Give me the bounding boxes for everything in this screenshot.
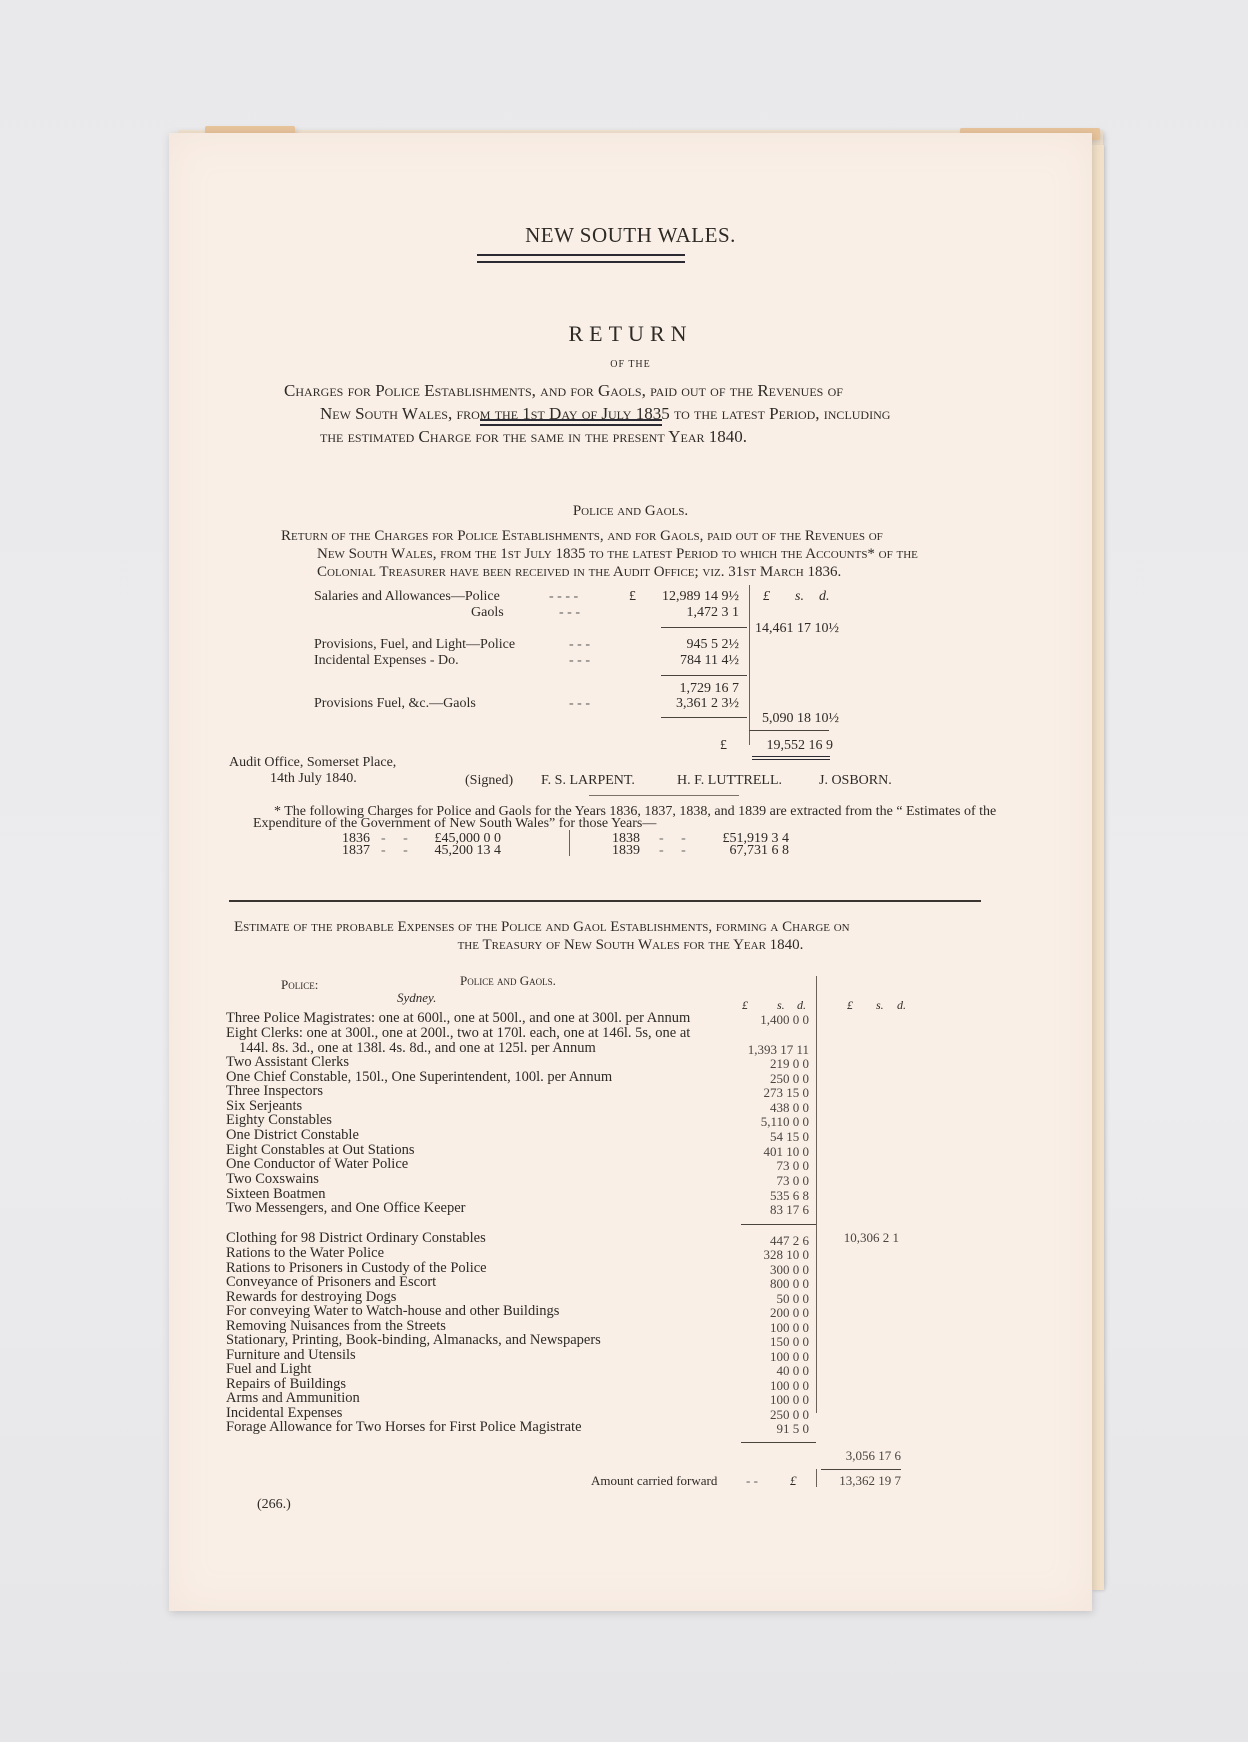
estimate-amount: 273 15 0 xyxy=(709,1085,809,1101)
sum-rule xyxy=(661,675,747,676)
audit-location: Audit Office, Somerset Place, xyxy=(229,755,396,771)
group2-total: 3,056 17 6 xyxy=(819,1448,901,1464)
leader-dots: - - xyxy=(659,843,686,859)
estimate-amount: 328 10 0 xyxy=(709,1247,809,1263)
estimate-item: Conveyance of Prisoners and Escort xyxy=(226,1275,436,1290)
return-grand-total: 19,552 16 9 xyxy=(739,738,833,754)
estimate-item: Rations to the Water Police xyxy=(226,1246,384,1261)
estimate-item: Two Coxswains xyxy=(226,1172,319,1187)
signatory: J. OSBORN. xyxy=(819,773,892,789)
police-and-gaols-label: Police and Gaols. xyxy=(460,973,556,989)
estimate-item: One District Constable xyxy=(226,1128,359,1143)
return-row-label: Provisions, Fuel, and Light—Police xyxy=(314,637,515,653)
return-running-total: 1,729 16 7 xyxy=(639,681,739,697)
estimate-amount: 73 0 0 xyxy=(709,1173,809,1189)
column-divider xyxy=(816,1469,817,1487)
estimate-heading: Estimate of the probable Expenses of the… xyxy=(234,919,994,936)
sum-rule xyxy=(661,717,747,718)
col-header-pound: £ xyxy=(742,998,748,1013)
page-number: (266.) xyxy=(257,1497,291,1513)
estimate-amount: 1,400 0 0 xyxy=(709,1012,809,1028)
estimate-item: For conveying Water to Watch-house and o… xyxy=(226,1304,559,1319)
estimate-item: Two Messengers, and One Office Keeper xyxy=(226,1201,466,1216)
return-row-amount: 3,361 2 3½ xyxy=(639,696,739,712)
audit-date: 14th July 1840. xyxy=(270,771,357,787)
currency-symbol: £ xyxy=(629,589,636,605)
estimate-amount: 91 5 0 xyxy=(709,1421,809,1437)
group1-total: 10,306 2 1 xyxy=(819,1230,899,1246)
return-row-amount: 12,989 14 9½ xyxy=(639,589,739,605)
leader-dots: - - - - xyxy=(549,589,578,605)
column-divider xyxy=(816,976,817,1413)
sum-rule xyxy=(661,627,747,628)
return-row-label: Gaols xyxy=(471,605,504,621)
estimate-amount: 54 15 0 xyxy=(709,1129,809,1145)
col-header-shilling: s. xyxy=(876,998,884,1013)
signatory: H. F. LUTTRELL. xyxy=(677,773,782,789)
col-header-shilling: s. xyxy=(795,589,804,605)
paragraph-line: New South Wales, from the 1st July 1835 … xyxy=(281,545,1026,563)
paragraph-line: Return of the Charges for Police Establi… xyxy=(281,527,1026,545)
return-row-amount: 945 5 2½ xyxy=(639,637,739,653)
estimate-amount: 73 0 0 xyxy=(709,1158,809,1174)
leader-dots: - - - xyxy=(559,605,580,621)
estimate-item: Eighty Constables xyxy=(226,1113,332,1128)
return-row-amount: 1,472 3 1 xyxy=(639,605,739,621)
intro-line: Charges for Police Establishments, and f… xyxy=(284,379,1024,402)
return-row-amount: 784 11 4½ xyxy=(639,653,739,669)
currency-symbol: £ xyxy=(790,1473,797,1489)
column-divider xyxy=(569,830,570,856)
estimate-item: Three Police Magistrates: one at 600l., … xyxy=(226,1011,690,1026)
location-label: Sydney. xyxy=(397,990,436,1006)
col-header-pence: d. xyxy=(897,998,906,1013)
estimate-item: Forage Allowance for Two Horses for Firs… xyxy=(226,1420,582,1435)
return-row-label: Salaries and Allowances—Police xyxy=(314,589,500,605)
return-heading: RETURN xyxy=(169,321,1092,347)
section-divider xyxy=(229,900,981,902)
underlying-page-edge xyxy=(1092,145,1104,1590)
estimate-heading: the Treasury of New South Wales for the … xyxy=(169,937,1092,954)
footnote-year: 1839 xyxy=(612,843,640,859)
estimate-item: Stationary, Printing, Book-binding, Alma… xyxy=(226,1333,601,1348)
leader-dots: - - xyxy=(381,843,408,859)
leader-dots: - - - xyxy=(569,696,590,712)
col-header-pence: d. xyxy=(797,998,806,1013)
return-row-label: Provisions Fuel, &c.—Gaols xyxy=(314,696,476,712)
footnote-year: 1837 xyxy=(342,843,370,859)
return-row-label: Incidental Expenses - Do. xyxy=(314,653,459,669)
estimate-item: Two Assistant Clerks xyxy=(226,1055,349,1070)
police-and-gaols-heading: Police and Gaols. xyxy=(169,503,1092,520)
estimate-amount: 5,110 0 0 xyxy=(709,1114,809,1130)
carried-forward-total: 13,362 19 7 xyxy=(819,1473,901,1489)
section-rule xyxy=(480,419,662,426)
leader-dots: - - xyxy=(746,1473,758,1489)
intro-paragraph: Charges for Police Establishments, and f… xyxy=(284,379,1024,448)
carried-forward-label: Amount carried forward xyxy=(591,1473,717,1489)
estimate-amount: 40 0 0 xyxy=(709,1363,809,1379)
document-title: NEW SOUTH WALES. xyxy=(169,223,1092,248)
sum-rule xyxy=(741,1442,816,1443)
footnote-amount: 67,731 6 8 xyxy=(705,843,789,859)
estimate-amount: 200 0 0 xyxy=(709,1305,809,1321)
signed-label: (Signed) xyxy=(465,773,513,789)
intro-line: the estimated Charge for the same in the… xyxy=(284,425,1024,448)
return-subtotal: 14,461 17 10½ xyxy=(739,621,839,637)
document-page: NEW SOUTH WALES. RETURN OF THE Charges f… xyxy=(169,133,1092,1611)
footnote-rule xyxy=(589,795,739,796)
signatory: F. S. LARPENT. xyxy=(541,773,635,789)
return-subtotal: 5,090 18 10½ xyxy=(739,711,839,727)
footnote-amount: 45,200 13 4 xyxy=(419,843,501,859)
col-header-pound: £ xyxy=(847,998,853,1013)
sum-rule xyxy=(749,730,829,731)
estimate-item: Eight Clerks: one at 300l., one at 200l.… xyxy=(226,1026,690,1041)
estimate-item: Clothing for 98 District Ordinary Consta… xyxy=(226,1231,486,1246)
estimate-amount: 100 0 0 xyxy=(709,1392,809,1408)
leader-dots: - - - xyxy=(569,653,590,669)
estimate-item: Arms and Ammunition xyxy=(226,1391,360,1406)
paragraph-line: Colonial Treasurer have been received in… xyxy=(281,563,1026,581)
return-paragraph: Return of the Charges for Police Establi… xyxy=(281,527,1026,581)
col-header-pence: d. xyxy=(819,589,830,605)
column-divider xyxy=(749,585,750,745)
col-header-pound: £ xyxy=(763,589,770,605)
estimate-amount: 219 0 0 xyxy=(709,1056,809,1072)
sum-rule xyxy=(821,1469,901,1470)
title-rule xyxy=(477,254,685,263)
estimate-amount: 800 0 0 xyxy=(709,1276,809,1292)
footnote-text: Expenditure of the Government of New Sou… xyxy=(253,816,656,832)
currency-symbol: £ xyxy=(720,738,727,754)
estimate-item: Fuel and Light xyxy=(226,1362,311,1377)
grand-total-rule xyxy=(752,756,830,760)
estimate-amount: 83 17 6 xyxy=(709,1202,809,1218)
estimate-amount: 150 0 0 xyxy=(709,1334,809,1350)
estimate-item: Three Inspectors xyxy=(226,1084,323,1099)
police-label: Police: xyxy=(281,977,318,993)
col-header-shilling: s. xyxy=(777,998,785,1013)
leader-dots: - - - xyxy=(569,637,590,653)
of-the-label: OF THE xyxy=(169,359,1092,370)
estimate-item: One Conductor of Water Police xyxy=(226,1157,408,1172)
sum-rule xyxy=(741,1224,816,1225)
